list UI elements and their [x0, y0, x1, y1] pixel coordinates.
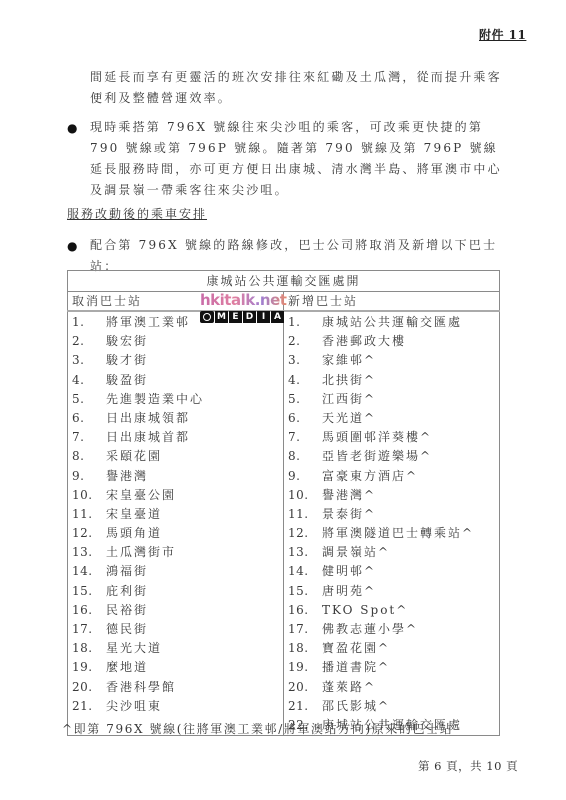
list-item: 9.富豪東方酒店^: [288, 467, 495, 486]
stop-name: 民裕街: [106, 603, 148, 617]
item-number: 19.: [288, 658, 322, 677]
stop-name: 播道書院^: [322, 660, 390, 674]
stop-name: 馬頭圍邨洋葵樓^: [322, 430, 432, 444]
item-number: 3.: [72, 351, 106, 370]
paragraph-bullet-1: 現時乘搭第 796X 號線往來尖沙咀的乘客，可改乘更快捷的第 790 號線或第 …: [90, 117, 510, 201]
media-letter: E: [229, 311, 242, 323]
stop-name: 駿盈街: [106, 373, 148, 387]
list-item: 11.景泰街^: [288, 505, 495, 524]
item-number: 13.: [288, 543, 322, 562]
stop-name: 邵氏影城^: [322, 699, 390, 713]
list-item: 5.江西街^: [288, 390, 495, 409]
list-item: 7.日出康城首都: [72, 428, 279, 447]
stop-name: 馬頭角道: [106, 526, 162, 540]
item-number: 15.: [72, 582, 106, 601]
item-number: 10.: [72, 486, 106, 505]
paragraph-continuation: 間延長而享有更靈活的班次安排往來紅磡及土瓜灣，從而提升乘客便利及整體營運效率。: [90, 67, 510, 109]
list-item: 17.德民街: [72, 620, 279, 639]
item-number: 21.: [288, 697, 322, 716]
list-item: 6.日出康城領都: [72, 409, 279, 428]
stop-name: 譽港灣: [106, 469, 148, 483]
stop-name: 土瓜灣街市: [106, 545, 176, 559]
list-item: 15.唐明苑^: [288, 582, 495, 601]
item-number: 7.: [72, 428, 106, 447]
bullet-icon: ●: [67, 239, 77, 253]
item-number: 18.: [288, 639, 322, 658]
item-number: 18.: [72, 639, 106, 658]
media-circle-icon: [200, 311, 214, 323]
stop-name: 寶盈花園^: [322, 641, 390, 655]
stop-name: 家維邨^: [322, 353, 376, 367]
stop-name: 鴻福街: [106, 564, 148, 578]
item-number: 3.: [288, 351, 322, 370]
stop-name: 麼地道: [106, 660, 148, 674]
watermark-media-badge: M E D I A: [200, 311, 288, 323]
added-stops-cell: 1.康城站公共運輸交匯處2.香港郵政大樓3.家維邨^4.北拱街^5.江西街^6.…: [284, 311, 500, 736]
table-footnote: ^即第 796X 號線(往將軍澳工業邨/將軍澳站方向)原來的巴士站: [62, 720, 453, 737]
item-number: 5.: [288, 390, 322, 409]
list-item: 15.庇利街: [72, 582, 279, 601]
bullet-icon: ●: [67, 121, 77, 135]
item-number: 8.: [288, 447, 322, 466]
stop-name: 唐明苑^: [322, 584, 376, 598]
item-number: 1.: [288, 313, 322, 332]
item-number: 15.: [288, 582, 322, 601]
stop-name: 將軍澳工業邨: [106, 315, 190, 329]
stop-name: TKO Spot^: [322, 603, 408, 617]
item-number: 20.: [288, 678, 322, 697]
item-number: 17.: [288, 620, 322, 639]
list-item: 20.香港科學館: [72, 678, 279, 697]
stop-name: 佛教志蓮小學^: [322, 622, 418, 636]
item-number: 4.: [72, 371, 106, 390]
item-number: 12.: [72, 524, 106, 543]
list-item: 11.宋皇臺道: [72, 505, 279, 524]
list-item: 18.寶盈花園^: [288, 639, 495, 658]
list-item: 4.駿盈街: [72, 371, 279, 390]
list-item: 1.康城站公共運輸交匯處: [288, 313, 495, 332]
stop-name: 宋皇臺道: [106, 507, 162, 521]
stop-name: 宋皇臺公園: [106, 488, 176, 502]
stop-name: 香港郵政大樓: [322, 334, 406, 348]
list-item: 14.健明邨^: [288, 562, 495, 581]
item-number: 5.: [72, 390, 106, 409]
stop-name: 庇利街: [106, 584, 148, 598]
stop-name: 北拱街^: [322, 373, 376, 387]
item-number: 11.: [288, 505, 322, 524]
stop-name: 采頤花園: [106, 449, 162, 463]
bus-stop-table: 康城站公共運輸交匯處開 取消巴士站 新增巴士站 1.將軍澳工業邨2.駿宏街3.駿…: [67, 270, 500, 736]
stop-name: 天光道^: [322, 411, 376, 425]
stop-name: 日出康城領都: [106, 411, 190, 425]
list-item: 21.尖沙咀東: [72, 697, 279, 716]
item-number: 19.: [72, 658, 106, 677]
watermark-text: hkitalk.net: [200, 292, 288, 308]
item-number: 4.: [288, 371, 322, 390]
list-item: 19.播道書院^: [288, 658, 495, 677]
list-item: 14.鴻福街: [72, 562, 279, 581]
stop-name: 健明邨^: [322, 564, 376, 578]
column-header-added: 新增巴士站: [284, 292, 500, 312]
item-number: 17.: [72, 620, 106, 639]
item-number: 6.: [288, 409, 322, 428]
list-item: 21.邵氏影城^: [288, 697, 495, 716]
item-number: 21.: [72, 697, 106, 716]
cancelled-stops-list: 1.將軍澳工業邨2.駿宏街3.駿才街4.駿盈街5.先進製造業中心6.日出康城領都…: [72, 312, 279, 716]
item-number: 2.: [72, 332, 106, 351]
item-number: 12.: [288, 524, 322, 543]
stop-name: 日出康城首都: [106, 430, 190, 444]
list-item: 13.調景嶺站^: [288, 543, 495, 562]
item-number: 6.: [72, 409, 106, 428]
item-number: 14.: [72, 562, 106, 581]
section-heading: 服務改動後的乘車安排: [67, 205, 207, 222]
item-number: 11.: [72, 505, 106, 524]
item-number: 7.: [288, 428, 322, 447]
list-item: 9.譽港灣: [72, 467, 279, 486]
stop-name: 調景嶺站^: [322, 545, 390, 559]
stop-name: 蓬萊路^: [322, 680, 376, 694]
item-number: 9.: [288, 467, 322, 486]
list-item: 16.民裕街: [72, 601, 279, 620]
stop-name: 富豪東方酒店^: [322, 469, 418, 483]
list-item: 5.先進製造業中心: [72, 390, 279, 409]
list-item: 17.佛教志蓮小學^: [288, 620, 495, 639]
stop-name: 譽港灣^: [322, 488, 376, 502]
item-number: 9.: [72, 467, 106, 486]
list-item: 8.亞皆老街遊樂場^: [288, 447, 495, 466]
item-number: 10.: [288, 486, 322, 505]
list-item: 7.馬頭圍邨洋葵樓^: [288, 428, 495, 447]
stop-name: 駿宏街: [106, 334, 148, 348]
page-number: 第 6 頁，共 10 頁: [418, 758, 518, 774]
list-item: 12.將軍澳隧道巴士轉乘站^: [288, 524, 495, 543]
media-letter: D: [243, 311, 256, 323]
list-item: 8.采頤花園: [72, 447, 279, 466]
list-item: 12.馬頭角道: [72, 524, 279, 543]
annex-label: 附件 11: [479, 26, 526, 43]
list-item: 18.星光大道: [72, 639, 279, 658]
media-letter: M: [215, 311, 228, 323]
list-item: 3.家維邨^: [288, 351, 495, 370]
stop-name: 將軍澳隧道巴士轉乘站^: [322, 526, 474, 540]
stop-name: 景泰街^: [322, 507, 376, 521]
item-number: 2.: [288, 332, 322, 351]
list-item: 4.北拱街^: [288, 371, 495, 390]
list-item: 2.駿宏街: [72, 332, 279, 351]
item-number: 16.: [288, 601, 322, 620]
stop-name: 江西街^: [322, 392, 376, 406]
list-item: 2.香港郵政大樓: [288, 332, 495, 351]
stop-name: 駿才街: [106, 353, 148, 367]
stop-name: 先進製造業中心: [106, 392, 204, 406]
table-title: 康城站公共運輸交匯處開: [68, 271, 500, 292]
stop-name: 亞皆老街遊樂場^: [322, 449, 432, 463]
list-item: 16.TKO Spot^: [288, 601, 495, 620]
list-item: 20.蓬萊路^: [288, 678, 495, 697]
item-number: 13.: [72, 543, 106, 562]
stop-name: 德民街: [106, 622, 148, 636]
item-number: 20.: [72, 678, 106, 697]
stop-name: 星光大道: [106, 641, 162, 655]
item-number: 16.: [72, 601, 106, 620]
watermark-logo: hkitalk.net M E D I A: [200, 292, 288, 328]
stop-name: 香港科學館: [106, 680, 176, 694]
added-stops-list: 1.康城站公共運輸交匯處2.香港郵政大樓3.家維邨^4.北拱街^5.江西街^6.…: [288, 312, 495, 735]
stop-name: 康城站公共運輸交匯處: [322, 315, 462, 329]
list-item: 13.土瓜灣街市: [72, 543, 279, 562]
list-item: 10.譽港灣^: [288, 486, 495, 505]
item-number: 8.: [72, 447, 106, 466]
list-item: 6.天光道^: [288, 409, 495, 428]
media-letter: I: [257, 311, 270, 323]
stop-name: 尖沙咀東: [106, 699, 162, 713]
item-number: 14.: [288, 562, 322, 581]
list-item: 10.宋皇臺公園: [72, 486, 279, 505]
media-letter: A: [271, 311, 284, 323]
list-item: 19.麼地道: [72, 658, 279, 677]
item-number: 1.: [72, 313, 106, 332]
list-item: 3.駿才街: [72, 351, 279, 370]
cancelled-stops-cell: 1.將軍澳工業邨2.駿宏街3.駿才街4.駿盈街5.先進製造業中心6.日出康城領都…: [68, 311, 284, 736]
